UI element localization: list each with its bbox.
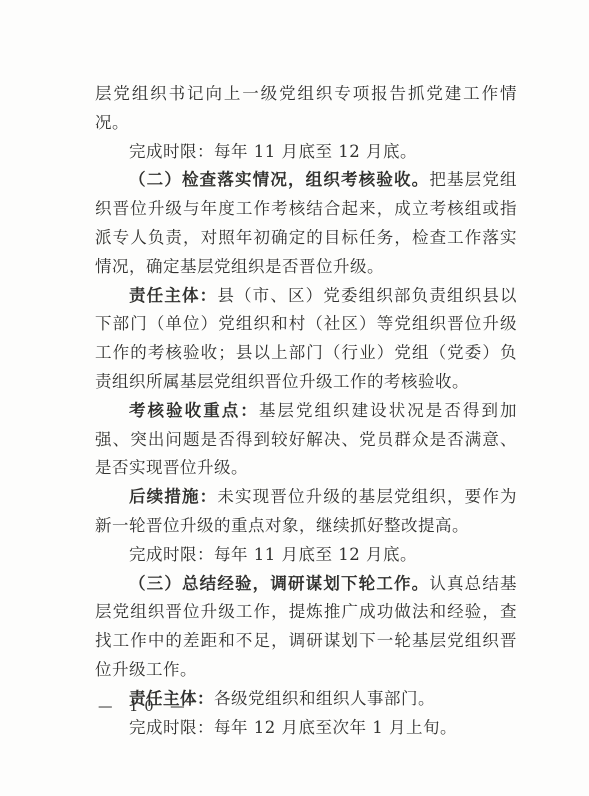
paragraph: 层党组织书记向上一级党组织专项报告抓党建工作情况。 <box>95 80 517 138</box>
paragraph-text: 完成时限：每年 12 月底至次年 1 月上旬。 <box>129 718 457 737</box>
paragraph-text: 层党组织书记向上一级党组织专项报告抓党建工作情况。 <box>95 84 517 132</box>
paragraph-lead: （三）总结经验，调研谋划下轮工作。 <box>129 574 429 593</box>
paragraph-lead: 责任主体： <box>129 286 217 305</box>
paragraph: （二）检查落实情况，组织考核验收。把基层党组织晋位升级与年度工作考核结合起来，成… <box>95 166 517 281</box>
paragraph-lead: 后续措施： <box>129 487 217 506</box>
paragraph: 责任主体：县（市、区）党委组织部负责组织县以下部门（单位）党组织和村（社区）等党… <box>95 282 517 397</box>
page-number: — 10 — <box>98 699 191 715</box>
paragraph: 后续措施：未实现晋位升级的基层党组织，要作为新一轮晋位升级的重点对象，继续抓好整… <box>95 483 517 541</box>
paragraph: 完成时限：每年 12 月底至次年 1 月上旬。 <box>95 714 517 743</box>
document-body: 层党组织书记向上一级党组织专项报告抓党建工作情况。 完成时限：每年 11 月底至… <box>95 80 517 742</box>
document-page: 层党组织书记向上一级党组织专项报告抓党建工作情况。 完成时限：每年 11 月底至… <box>0 0 589 796</box>
paragraph-text: 完成时限：每年 11 月底至 12 月底。 <box>129 142 417 161</box>
paragraph-text: 各级党组织和组织人事部门。 <box>214 689 435 708</box>
paragraph-lead: 考核验收重点： <box>129 401 259 420</box>
paragraph: 考核验收重点：基层党组织建设状况是否得到加强、突出问题是否得到较好解决、党员群众… <box>95 397 517 483</box>
paragraph-lead: （二）检查落实情况，组织考核验收。 <box>129 170 429 189</box>
paragraph-text: 完成时限：每年 11 月底至 12 月底。 <box>129 545 417 564</box>
paragraph: 完成时限：每年 11 月底至 12 月底。 <box>95 541 517 570</box>
paragraph: 完成时限：每年 11 月底至 12 月底。 <box>95 138 517 167</box>
paragraph: （三）总结经验，调研谋划下轮工作。认真总结基层党组织晋位升级工作，提炼推广成功做… <box>95 570 517 685</box>
